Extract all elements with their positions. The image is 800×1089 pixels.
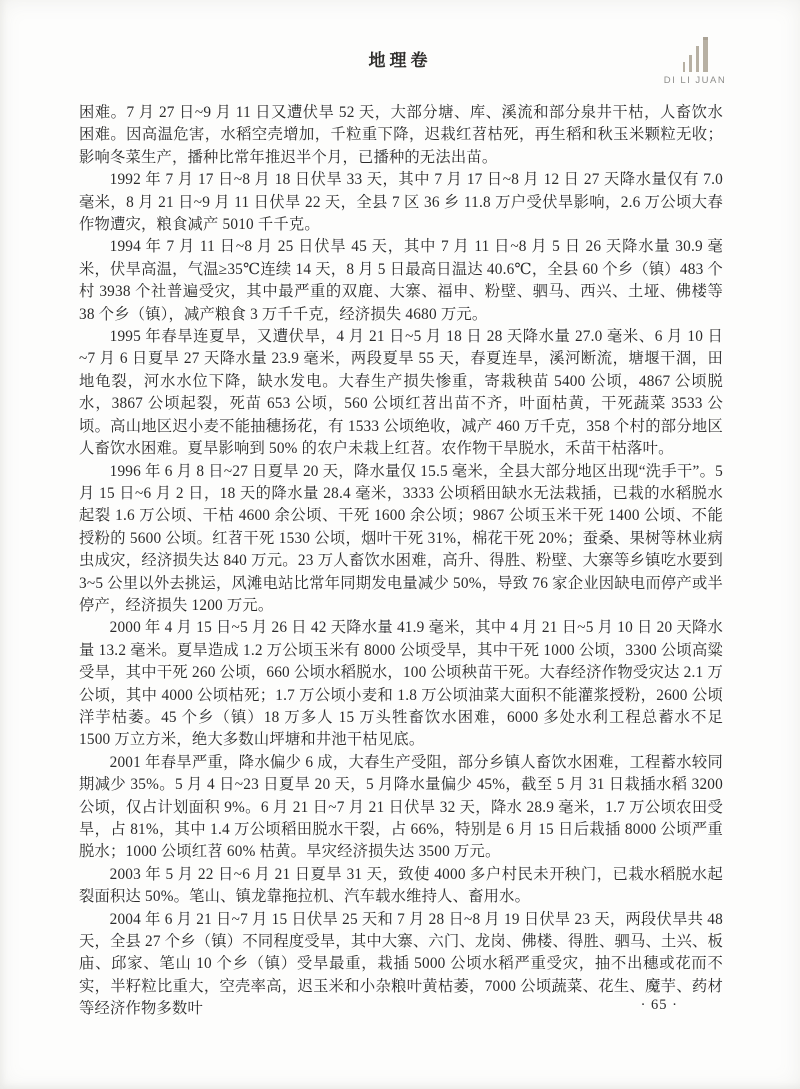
paragraph: 1994 年 7 月 11 日~8 月 25 日伏旱 45 天，其中 7 月 1…	[79, 236, 723, 326]
logo-bar	[689, 55, 692, 72]
paragraph: 困难。7 月 27 日~9 月 11 日又遭伏旱 52 天，大部分塘、库、溪流和…	[79, 102, 723, 169]
page-number: · 65 ·	[641, 997, 678, 1014]
publisher-logo: DI LI JUAN	[652, 38, 738, 86]
logo-bar	[696, 46, 699, 72]
paragraph: 2000 年 4 月 15 日~5 月 26 日 42 天降水量 41.9 毫米…	[79, 617, 723, 751]
paragraph: 1995 年春旱连夏旱，又遭伏旱，4 月 21 日~5 月 18 日 28 天降…	[79, 326, 723, 460]
paragraph: 2004 年 6 月 21 日~7 月 15 日伏旱 25 天和 7 月 28 …	[79, 909, 723, 1021]
body-text: 困难。7 月 27 日~9 月 11 日又遭伏旱 52 天，大部分塘、库、溪流和…	[79, 102, 723, 1021]
paragraph: 2003 年 5 月 22 日~6 月 21 日夏旱 31 天，致使 4000 …	[79, 864, 723, 909]
logo-bar	[683, 62, 685, 72]
paragraph: 1996 年 6 月 8 日~27 日夏旱 20 天，降水量仅 15.5 毫米，…	[79, 461, 723, 618]
paragraph: 1992 年 7 月 17 日~8 月 18 日伏旱 33 天，其中 7 月 1…	[79, 169, 723, 236]
book-page: 地理卷 DI LI JUAN 困难。7 月 27 日~9 月 11 日又遭伏旱 …	[0, 0, 800, 1089]
paragraph: 2001 年春旱严重，降水偏少 6 成，大春生产受阻，部分乡镇人畜饮水困难，工程…	[79, 752, 723, 864]
bars-logo-icon	[652, 38, 738, 72]
logo-bar	[703, 37, 708, 72]
logo-text: DI LI JUAN	[652, 75, 738, 86]
